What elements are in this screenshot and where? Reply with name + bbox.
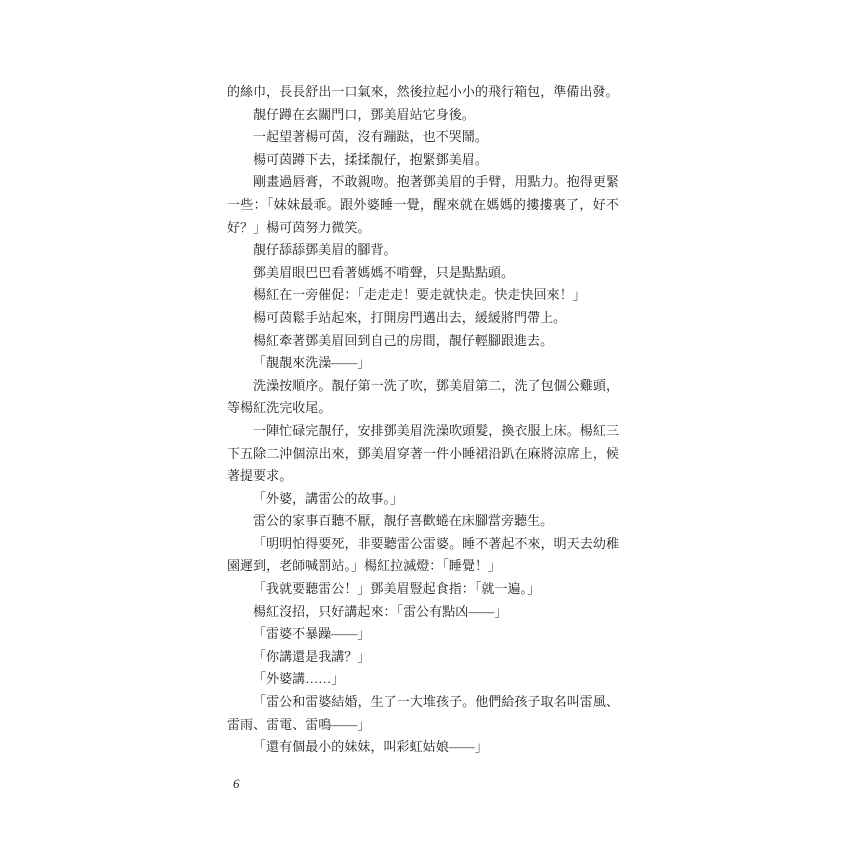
- paragraph: 楊紅牽著鄧美眉回到自己的房間，靚仔輕腳跟進去。: [227, 330, 619, 353]
- paragraph: 雷公的家事百聽不厭，靚仔喜歡蜷在床腳當旁聽生。: [227, 510, 619, 533]
- paragraph: 楊紅沒招，只好講起來：「雷公有點凶——」: [227, 601, 619, 624]
- paragraph: 鄧美眉眼巴巴看著媽媽不啃聲，只是點點頭。: [227, 262, 619, 285]
- body-text: 的絲巾，長長舒出一口氣來，然後拉起小小的飛行箱包，準備出發。靚仔蹲在玄關門口，鄧…: [227, 81, 619, 759]
- paragraph: 剛畫過唇膏，不敢親吻。抱著鄧美眉的手臂，用點力。抱得更緊一些：「妹妹最乖。跟外婆…: [227, 171, 619, 239]
- paragraph: 「還有個最小的妹妹，叫彩虹姑娘——」: [227, 736, 619, 759]
- paragraph: 「明明怕得要死，非要聽雷公雷婆。睡不著起不來，明天去幼稚園遲到，老師喊罰站。」楊…: [227, 533, 619, 578]
- paragraph: 靚仔蹲在玄關門口，鄧美眉站它身後。: [227, 104, 619, 127]
- page-number: 6: [233, 776, 240, 792]
- paragraph: 一起望著楊可茵，沒有蹦跶，也不哭鬧。: [227, 126, 619, 149]
- paragraph: 「我就要聽雷公！」鄧美眉豎起食指：「就一遍。」: [227, 578, 619, 601]
- paragraph: 楊紅在一旁催促：「走走走！要走就快走。快走快回來！」: [227, 284, 619, 307]
- paragraph: 「外婆，講雷公的故事。」: [227, 488, 619, 511]
- paragraph: 一陣忙碌完靚仔，安排鄧美眉洗澡吹頭髮，換衣服上床。楊紅三下五除二沖個涼出來，鄧美…: [227, 420, 619, 488]
- paragraph: 「外婆講……」: [227, 668, 619, 691]
- paragraph: 楊可茵蹲下去，揉揉靚仔，抱緊鄧美眉。: [227, 149, 619, 172]
- paragraph: 「雷婆不暴躁——」: [227, 623, 619, 646]
- paragraph: 「你講還是我講？」: [227, 646, 619, 669]
- paragraph: 洗澡按順序。靚仔第一洗了吹，鄧美眉第二，洗了包個公雞頭，等楊紅洗完收尾。: [227, 375, 619, 420]
- paragraph: 「雷公和雷婆結婚，生了一大堆孩子。他們給孩子取名叫雷風、雷雨、雷電、雷鳴——」: [227, 691, 619, 736]
- paragraph: 「靚靚來洗澡——」: [227, 352, 619, 375]
- paragraph: 的絲巾，長長舒出一口氣來，然後拉起小小的飛行箱包，準備出發。: [227, 81, 619, 104]
- book-page: 的絲巾，長長舒出一口氣來，然後拉起小小的飛行箱包，準備出發。靚仔蹲在玄關門口，鄧…: [0, 0, 850, 850]
- paragraph: 楊可茵鬆手站起來，打開房門邁出去，緩緩將門帶上。: [227, 307, 619, 330]
- paragraph: 靚仔舔舔鄧美眉的腳背。: [227, 239, 619, 262]
